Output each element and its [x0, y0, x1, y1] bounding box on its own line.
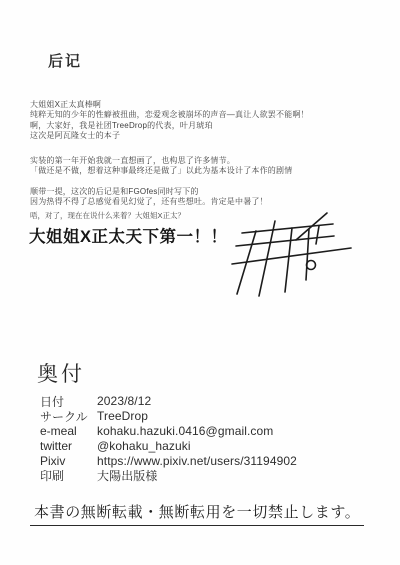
text-line: 大姐姐X正太真棒啊 [30, 100, 309, 110]
colophon-title: 奥付 [37, 358, 85, 388]
colophon-row-circle: サークル TreeDrop [40, 409, 297, 424]
colophon-label: 印刷 [40, 467, 97, 484]
text-line: 啊，大家好，我是社团TreeDrop的代表，叶月琥珀 [30, 121, 309, 131]
copyright-notice: 本書の無断転載・無断転用を一切禁止します。 [30, 501, 364, 526]
colophon-row-pixiv: Pixiv https://www.pixiv.net/users/311949… [40, 454, 297, 469]
colophon-pixiv-url: https://www.pixiv.net/users/31194902 [97, 454, 297, 468]
colophon-email-value: kohaku.hazuki.0416@gmail.com [97, 424, 273, 438]
text-line: 纯粹无知的少年的性癖被扭曲，恋爱观念被崩坏的声音—真让人欲罢不能啊！ [30, 110, 309, 120]
afterword-paragraph-intro: 大姐姐X正太真棒啊 纯粹无知的少年的性癖被扭曲，恋爱观念被崩坏的声音—真让人欲罢… [30, 100, 309, 141]
colophon-twitter-value: @kohaku_hazuki [97, 439, 191, 453]
afterword-lead-in: 唔，对了，现在在说什么来着？大姐姐X正太？ [30, 210, 185, 221]
colophon-table: 日付 2023/8/12 サークル TreeDrop e-meal kohaku… [40, 394, 297, 483]
text-line: 顺带一提，这次的后记是和FGOfes同时写下的 [30, 187, 268, 197]
colophon-row-email: e-meal kohaku.hazuki.0416@gmail.com [40, 424, 297, 439]
text-line: 实装的第一年开始我就一直想画了，也构思了许多情节。 [30, 156, 292, 166]
colophon-row-printer: 印刷 大陽出版様 [40, 468, 297, 483]
colophon-row-twitter: twitter @kohaku_hazuki [40, 439, 297, 454]
colophon-value: 大陽出版様 [97, 467, 158, 484]
colophon-row-date: 日付 2023/8/12 [40, 394, 297, 409]
afterword-headline: 大姐姐X正太天下第一！！ [29, 223, 228, 247]
colophon-label: twitter [40, 439, 97, 453]
afterword-page: 后记 大姐姐X正太真棒啊 纯粹无知的少年的性癖被扭曲，恋爱观念被崩坏的声音—真让… [0, 0, 400, 565]
colophon-label: Pixiv [40, 454, 97, 468]
colophon-value: 2023/8/12 [97, 394, 151, 408]
colophon-value: TreeDrop [97, 409, 148, 423]
text-line: 「做还是不做，想着这种事最终还是做了」以此为基本设计了本作的剧情 [30, 166, 292, 176]
afterword-paragraph-concept: 实装的第一年开始我就一直想画了，也构思了许多情节。 「做还是不做，想着这种事最终… [30, 156, 292, 177]
colophon-label: サークル [40, 408, 97, 425]
afterword-title: 后记 [48, 50, 82, 71]
handwritten-signature [230, 204, 358, 304]
colophon-label: e-meal [40, 424, 97, 438]
text-line: 这次是阿瓦隆女士的本子 [30, 131, 309, 141]
